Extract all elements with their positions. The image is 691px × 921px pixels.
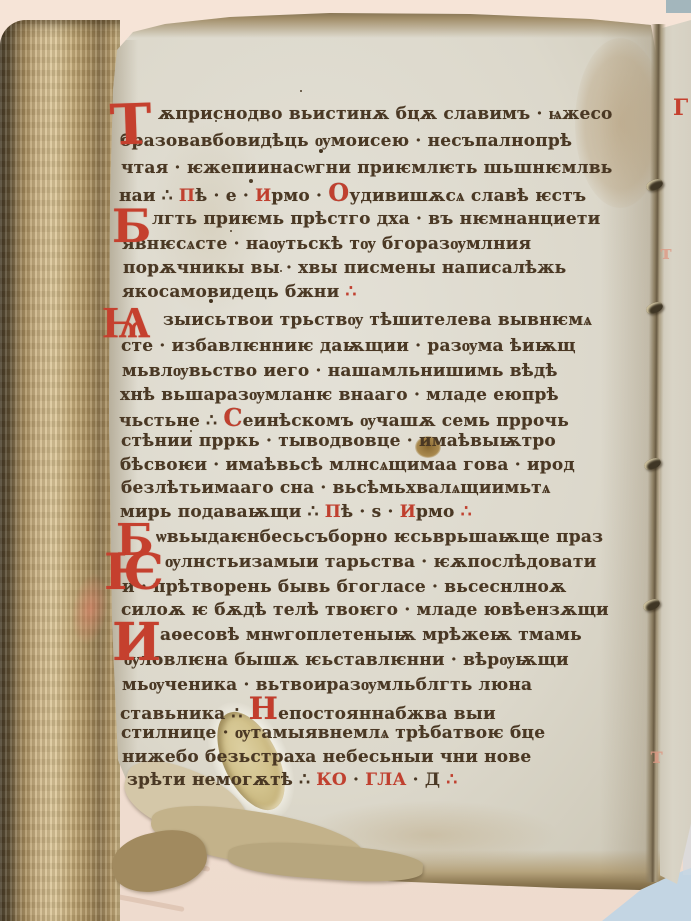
rubric-text: ∴ [461, 502, 472, 522]
text-line: стилнице · ѹтамыявнемлѧ трѣбатвоѥ бце [121, 723, 545, 743]
rubric-text: ∴ [446, 770, 457, 790]
rubric-text: ГЛА [365, 770, 406, 790]
text-line: чтая · ѥжепиинасѡгни приѥмлѥть шьшнѥмлвь [121, 158, 612, 178]
text-line: бразовавбовидѣць ѹмоисею · несъпалнопрѣ [120, 131, 572, 151]
rubric-text: И [255, 186, 271, 206]
text-line: якосамовидець бжни ∴ [122, 282, 357, 302]
ink-text: еинѣскомъ ѹчашѫ семь пррочь [243, 411, 569, 431]
text-line: хнѣ вьшаразѹмланѥ внааго · младе еюпрѣ [120, 385, 559, 405]
ink-text: стилнице · ѹтамыявнемлѧ трѣбатвоѥ бце [121, 723, 545, 743]
ink-text: ставьника ∴ [120, 704, 249, 724]
ink-text: хнѣ вьшаразѹмланѥ внааго · младе еюпрѣ [120, 385, 559, 405]
ink-text: мьѹченика · вьтвоиразѹмльблгть люна [122, 675, 532, 695]
ink-text: удивишѫсѧ славѣ ѥстъ [349, 186, 586, 206]
ink-text: бразовавбовидѣць ѹмоисею · несъпалнопрѣ [120, 131, 572, 151]
text-line: аѳесовѣ мнѡгоплетеныѭ мрѣжеѭ тмамь [160, 625, 582, 645]
text-line: чьстьне ∴ Сеинѣскомъ ѹчашѫ семь пррочь [119, 408, 569, 431]
ink-text: лгть приѥмь прѣстго дха · въ нѥмнанциети [152, 209, 600, 229]
text-line: наи ∴ Пѣ · е · Ирмо · Оудивишѫсѧ славѣ ѥ… [119, 183, 586, 206]
text-line: зыисьтвои трьствѹ тѣшителева вывнѥмѧ [163, 310, 592, 330]
ink-text: и · прѣтворень бывь бгогласе · вьсеснлно… [122, 577, 566, 597]
rubric-text: КО [316, 770, 347, 790]
ink-text: аѳесовѣ мнѡгоплетеныѭ мрѣжеѭ тмамь [160, 625, 582, 645]
text-line: мьвлѹвьство иего · нашамльнишимь вѣдѣ [122, 361, 558, 381]
ink-text: бѣсвоѥи · имаѣвьсѣ млнсѧщимаа гова · иро… [120, 455, 575, 475]
ink-text: ѫприснодво вьистинѫ бцѫ славимъ · ѩжесо [158, 104, 613, 124]
drop-cap-initial: Ѥ [104, 549, 164, 594]
rubric-text: С [223, 403, 242, 432]
text-line: зрѣти немогѫтѣ ∴ КО · ГЛА · Д ∴ [127, 770, 457, 790]
drop-cap-initial: Т [109, 99, 152, 151]
text-line: ѫприснодво вьистинѫ бцѫ славимъ · ѩжесо [158, 104, 613, 124]
ink-text: ѹловлѥна бышѫ ѥьставлѥнни · вѣрѹѭщи [124, 650, 569, 670]
text-line: безлѣтьимааго сна · вьсѣмьхвалѧщиимьтѧ [121, 478, 551, 498]
ink-text: стѣнии прркь · тыводвовце · имаѣвыѭтро [121, 431, 556, 451]
rubric-mark: т [660, 240, 672, 264]
ink-text: нижебо безьстраха небесьныи чни нове [122, 747, 531, 767]
text-line: стѣнии прркь · тыводвовце · имаѣвыѭтро [121, 431, 556, 451]
rubric-text: Н [249, 691, 279, 727]
ink-text: ѣ · ѕ · [341, 502, 400, 522]
ink-text: сте · избавлѥнниѥ даѭщии · разѹма ѣиѭщ [121, 336, 576, 356]
ink-text: порѫчникы вы · хвы писмены написалѣжь [123, 258, 566, 278]
text-line: явнѥсѧсте · наѹтьскѣ тѹ бгоразѹмлния [122, 234, 531, 254]
manuscript-text-block: ѫприснодво вьистинѫ бцѫ славимъ · ѩжесоб… [0, 0, 691, 921]
rubric-mark: т [650, 743, 664, 769]
manuscript-photo: ѫприснодво вьистинѫ бцѫ славимъ · ѩжесоб… [0, 0, 691, 921]
ink-text: ѡвьыдаѥнбесьсъборно ѥсьврьшаѭще праз [156, 527, 603, 547]
rubric-text: ∴ [346, 282, 357, 302]
drop-cap-initial: Б [112, 206, 151, 247]
text-line: бѣсвоѥи · имаѣвьсѣ млнсѧщимаа гова · иро… [120, 455, 575, 475]
ink-text: рмо [416, 502, 461, 522]
rubric-mark: Г [673, 95, 688, 121]
rubric-text: П [325, 502, 341, 522]
text-line: мьѹченика · вьтвоиразѹмльблгть люна [122, 675, 532, 695]
text-line: ѡвьыдаѥнбесьсъборно ѥсьврьшаѭще праз [156, 527, 603, 547]
text-line: сте · избавлѥнниѥ даѭщии · разѹма ѣиѭщ [121, 336, 576, 356]
drop-cap-initial: Ѩ [102, 303, 150, 343]
ink-text: силоѫ ѥ бѫдѣ телѣ твоѥго · младе ювѣензѫ… [121, 600, 609, 620]
ink-text: ѹлнстьизамыи тарьства · ѥѫпослѣдовати [165, 552, 596, 572]
ink-text: зыисьтвои трьствѹ тѣшителева вывнѥмѧ [163, 310, 592, 330]
ink-text: якосамовидець бжни [122, 282, 346, 302]
ink-text: рмо · [271, 186, 328, 206]
rubric-text: И [400, 502, 416, 522]
ink-text: чьстьне ∴ [119, 411, 223, 431]
text-line: ѹловлѥна бышѫ ѥьставлѥнни · вѣрѹѭщи [124, 650, 569, 670]
text-line: порѫчникы вы · хвы писмены написалѣжь [123, 258, 566, 278]
text-line: силоѫ ѥ бѫдѣ телѣ твоѥго · младе ювѣензѫ… [121, 600, 609, 620]
ink-text: епостояннабжва выи [278, 704, 496, 724]
ink-text: · Д [407, 770, 447, 790]
text-line: ѹлнстьизамыи тарьства · ѥѫпослѣдовати [165, 552, 596, 572]
text-line: мирь подаваѭщи ∴ Пѣ · ѕ · Ирмо ∴ [120, 502, 472, 522]
ink-text: безлѣтьимааго сна · вьсѣмьхвалѧщиимьтѧ [121, 478, 551, 498]
rubric-text: П [179, 186, 195, 206]
ink-text: зрѣти немогѫтѣ ∴ [127, 770, 316, 790]
text-line: лгть приѥмь прѣстго дха · въ нѥмнанциети [152, 209, 600, 229]
ink-text: явнѥсѧсте · наѹтьскѣ тѹ бгоразѹмлния [122, 234, 531, 254]
ink-text: ѣ · е · [195, 186, 255, 206]
text-line: и · прѣтворень бывь бгогласе · вьсеснлно… [122, 577, 566, 597]
ink-text: мьвлѹвьство иего · нашамльнишимь вѣдѣ [122, 361, 558, 381]
rubric-text: О [328, 178, 349, 207]
drop-cap-initial: И [112, 620, 161, 667]
text-line: нижебо безьстраха небесьныи чни нове [122, 747, 531, 767]
ink-text: · [347, 770, 365, 790]
ink-text: чтая · ѥжепиинасѡгни приѥмлѥть шьшнѥмлвь [121, 158, 612, 178]
text-line: ставьника ∴ Непостояннабжва выи [120, 699, 496, 724]
